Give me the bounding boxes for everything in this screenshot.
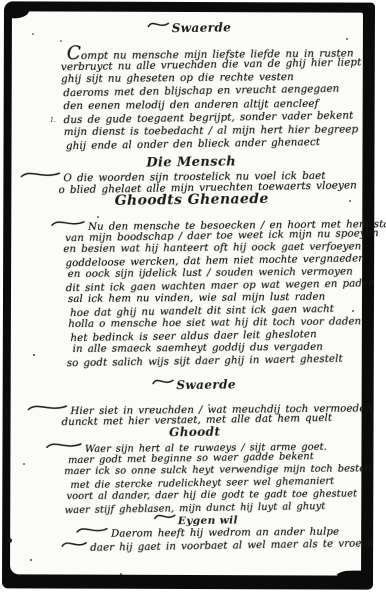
flourish-stroke (154, 512, 176, 521)
flourish-stroke (46, 441, 82, 450)
speaker-heading-label: Ghoodts Ghenaede (115, 191, 269, 209)
flourish-stroke (76, 526, 108, 535)
flourish-stroke (148, 20, 170, 29)
verse-stanza: Waer sijn hert al te ruwaeys / sijt arme… (46, 438, 373, 518)
flourish-stroke (51, 219, 85, 228)
flourish-stroke (61, 539, 87, 548)
ink-speck (120, 573, 122, 575)
verse-stanza: Nu den mensche te besoecken / en hoort m… (51, 215, 386, 370)
ink-speck (32, 33, 34, 35)
ink-speck (352, 310, 354, 312)
speaker-heading: Ghoodts Ghenaede (9, 190, 375, 211)
ink-speck (208, 404, 210, 406)
ink-speck (97, 216, 99, 218)
verse-line-text: en oock sijn ijdelick lust / souden weni… (68, 267, 353, 281)
flourish-stroke (27, 403, 67, 412)
ink-speck (7, 538, 12, 543)
verse-line-text: daer hij gaet in voorbaet al wel maer al… (90, 538, 374, 554)
speaker-heading-label: Swaerde (176, 377, 236, 392)
handwritten-text-layer: SwaerdeCompt nu mensche mijn liefste lie… (0, 0, 386, 600)
verse-line-text: sal ick hem nu vinden, wie sal mijn lust… (68, 292, 325, 305)
verse-stanza: Daerom heeft hij wedrom an ander hulpeda… (61, 523, 374, 552)
ink-speck (60, 40, 62, 42)
ink-speck (30, 559, 32, 561)
speaker-heading: Swaerde (6, 18, 372, 38)
ink-speck (349, 200, 351, 202)
flourish-stroke (20, 170, 60, 179)
verse-line-text: in alle smaeck saemheyt goddij dus verga… (73, 342, 323, 355)
verse-stanza: Compt nu mensche mijn liefste liefde nu … (61, 44, 363, 153)
verse-line-text: den eenen melodij den anderen altijt aen… (63, 97, 318, 111)
speaker-heading-label: Ghoodt (169, 425, 221, 440)
speaker-heading: Swaerde (11, 375, 377, 395)
ink-speck (33, 354, 35, 356)
speaker-heading-label: Swaerde (172, 20, 232, 35)
flourish-stroke (152, 377, 174, 386)
margin-mark: 1. (50, 117, 56, 124)
ink-speck (346, 38, 348, 40)
ink-speck (23, 463, 25, 465)
